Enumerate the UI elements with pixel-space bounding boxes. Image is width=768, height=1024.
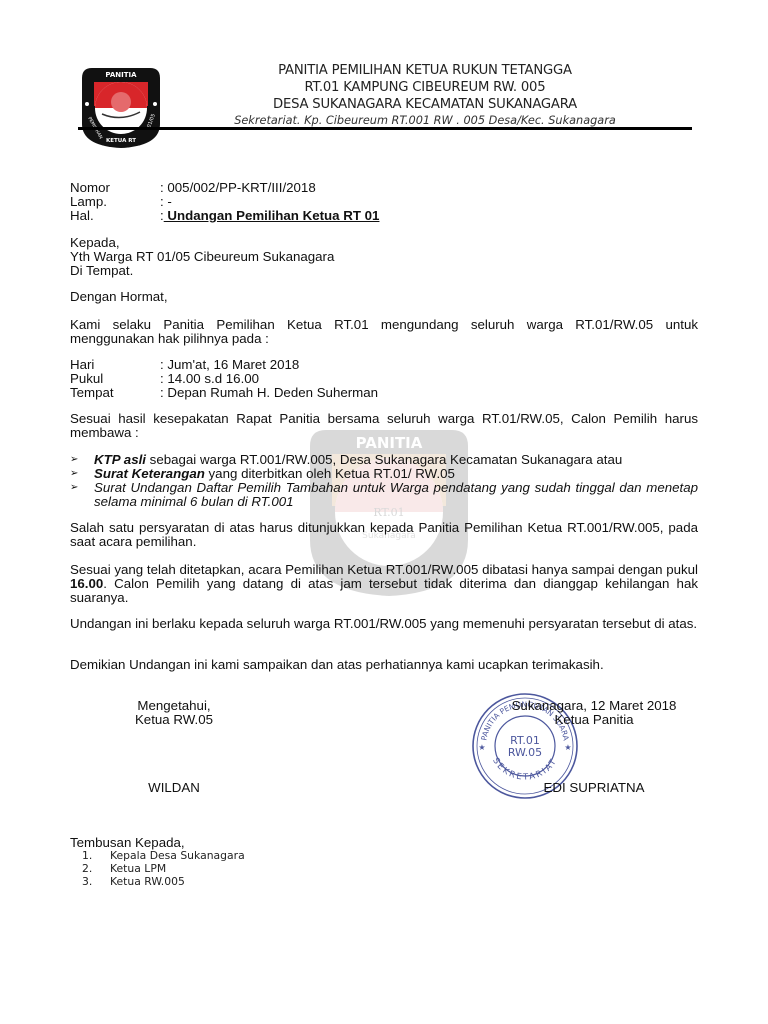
- lamp-value: : -: [160, 194, 172, 209]
- meta-hal: Hal.: Undangan Pemilihan Ketua RT 01: [70, 209, 379, 223]
- cc-list-item: 3.Ketua RW.005: [82, 875, 245, 888]
- letterhead-address: Sekretariat. Kp. Cibeureum RT.001 RW . 0…: [170, 113, 680, 128]
- schedule-label: Pukul: [70, 372, 160, 386]
- right-sig-place-date: Sukanagara, 12 Maret 2018: [494, 699, 694, 713]
- recipient-line-2: Yth Warga RT 01/05 Cibeureum Sukanagara: [70, 250, 698, 264]
- schedule-row: Tempat: Depan Rumah H. Deden Suherman: [70, 386, 378, 400]
- intro-paragraph: Kami selaku Panitia Pemilihan Ketua RT.0…: [70, 318, 698, 346]
- cc-title: Tembusan Kepada,: [70, 836, 698, 850]
- left-sig-line-1: Mengetahui,: [118, 699, 230, 713]
- letterhead-line-1: PANITIA PEMILIHAN KETUA RUKUN TETANGGA: [170, 62, 680, 79]
- time-text-before: Sesuai yang telah ditetapkan, acara Pemi…: [70, 562, 698, 577]
- arrow-bullet-icon: ➢: [70, 453, 78, 467]
- arrow-bullet-icon: ➢: [70, 467, 78, 481]
- nomor-value: : 005/002/PP-KRT/III/2018: [160, 180, 316, 195]
- schedule-row: Hari: Jum'at, 16 Maret 2018: [70, 358, 299, 372]
- cc-item-number: 2.: [82, 862, 110, 875]
- cc-item-number: 3.: [82, 875, 110, 888]
- left-sig-line-2: Ketua RW.05: [118, 713, 230, 727]
- schedule-label: Tempat: [70, 386, 160, 400]
- right-sig-title: Ketua Panitia: [494, 713, 694, 727]
- schedule-value: : 14.00 s.d 16.00: [160, 371, 259, 386]
- validity-paragraph: Undangan ini berlaku kepada seluruh warg…: [70, 617, 698, 631]
- cc-item-text: Ketua LPM: [110, 862, 166, 875]
- signature-right: Sukanagara, 12 Maret 2018 Ketua Panitia: [494, 699, 694, 727]
- requirement-text: Surat Undangan Daftar Pemilih Tambahan u…: [94, 480, 698, 509]
- signature-left: Mengetahui, Ketua RW.05: [118, 699, 230, 727]
- cc-list: 1.Kepala Desa Sukanagara2.Ketua LPM3.Ket…: [82, 849, 245, 888]
- cc-list-item: 1.Kepala Desa Sukanagara: [82, 849, 245, 862]
- cc-item-number: 1.: [82, 849, 110, 862]
- requirement-bold-text: KTP asli: [94, 452, 146, 467]
- svg-text:★: ★: [564, 743, 571, 752]
- nomor-label: Nomor: [70, 181, 160, 195]
- schedule-value: : Jum'at, 16 Maret 2018: [160, 357, 299, 372]
- closing-paragraph: Demikian Undangan ini kami sampaikan dan…: [70, 658, 698, 672]
- schedule-row: Pukul: 14.00 s.d 16.00: [70, 372, 259, 386]
- letterhead-line-3: DESA SUKANAGARA KECAMATAN SUKANAGARA: [170, 96, 680, 113]
- requirement-text: yang diterbitkan oleh Ketua RT.01/ RW.05: [205, 466, 455, 481]
- letterhead: PANITIA PEMILIHAN KETUA RUKUN TETANGGA R…: [170, 62, 680, 128]
- arrow-bullet-icon: ➢: [70, 481, 78, 495]
- time-limit-paragraph: Sesuai yang telah ditetapkan, acara Pemi…: [70, 563, 698, 605]
- left-signatory-name: WILDAN: [118, 781, 230, 795]
- meta-lamp: Lamp.: -: [70, 195, 172, 209]
- hal-label: Hal.: [70, 209, 160, 223]
- requirement-item: ➢Surat Undangan Daftar Pemilih Tambahan …: [70, 481, 698, 509]
- time-text-bold: 16.00: [70, 576, 103, 591]
- committee-emblem-icon: PANITIA KETUA RT PEMILIHAN 01/05: [78, 62, 164, 150]
- schedule-value: : Depan Rumah H. Deden Suherman: [160, 385, 378, 400]
- recipient-line-3: Di Tempat.: [70, 264, 698, 278]
- recipient-block: Kepada, Yth Warga RT 01/05 Cibeureum Suk…: [70, 236, 698, 278]
- time-text-after: . Calon Pemilih yang datang di atas jam …: [70, 576, 698, 605]
- hal-value: Undangan Pemilihan Ketua RT 01: [164, 208, 380, 223]
- meta-nomor: Nomor: 005/002/PP-KRT/III/2018: [70, 181, 316, 195]
- greeting: Dengan Hormat,: [70, 290, 698, 304]
- requirement-bold-text: Surat Keterangan: [94, 466, 205, 481]
- right-signatory-name: EDI SUPRIATNA: [494, 781, 694, 795]
- schedule-label: Hari: [70, 358, 160, 372]
- requirement-paragraph: Salah satu persyaratan di atas harus dit…: [70, 521, 698, 549]
- recipient-line-1: Kepada,: [70, 236, 698, 250]
- requirement-text: sebagai warga RT.001/RW.005, Desa Sukana…: [146, 452, 622, 467]
- cc-list-item: 2.Ketua LPM: [82, 862, 245, 875]
- letterhead-line-2: RT.01 KAMPUNG CIBEUREUM RW. 005: [170, 79, 680, 96]
- lamp-label: Lamp.: [70, 195, 160, 209]
- svg-text:KETUA RT: KETUA RT: [106, 138, 136, 144]
- svg-text:PANITIA: PANITIA: [105, 71, 137, 79]
- letterhead-divider: [78, 127, 692, 130]
- cc-item-text: Ketua RW.005: [110, 875, 185, 888]
- svg-text:SEKRETARIAT: SEKRETARIAT: [490, 756, 560, 782]
- cc-item-text: Kepala Desa Sukanagara: [110, 849, 245, 862]
- svg-text:★: ★: [478, 743, 485, 752]
- requirement-item: ➢KTP asli sebagai warga RT.001/RW.005, D…: [70, 453, 698, 467]
- svg-text:RW.05: RW.05: [508, 746, 542, 759]
- requirements-intro: Sesuai hasil kesepakatan Rapat Panitia b…: [70, 412, 698, 440]
- requirement-item: ➢Surat Keterangan yang diterbitkan oleh …: [70, 467, 698, 481]
